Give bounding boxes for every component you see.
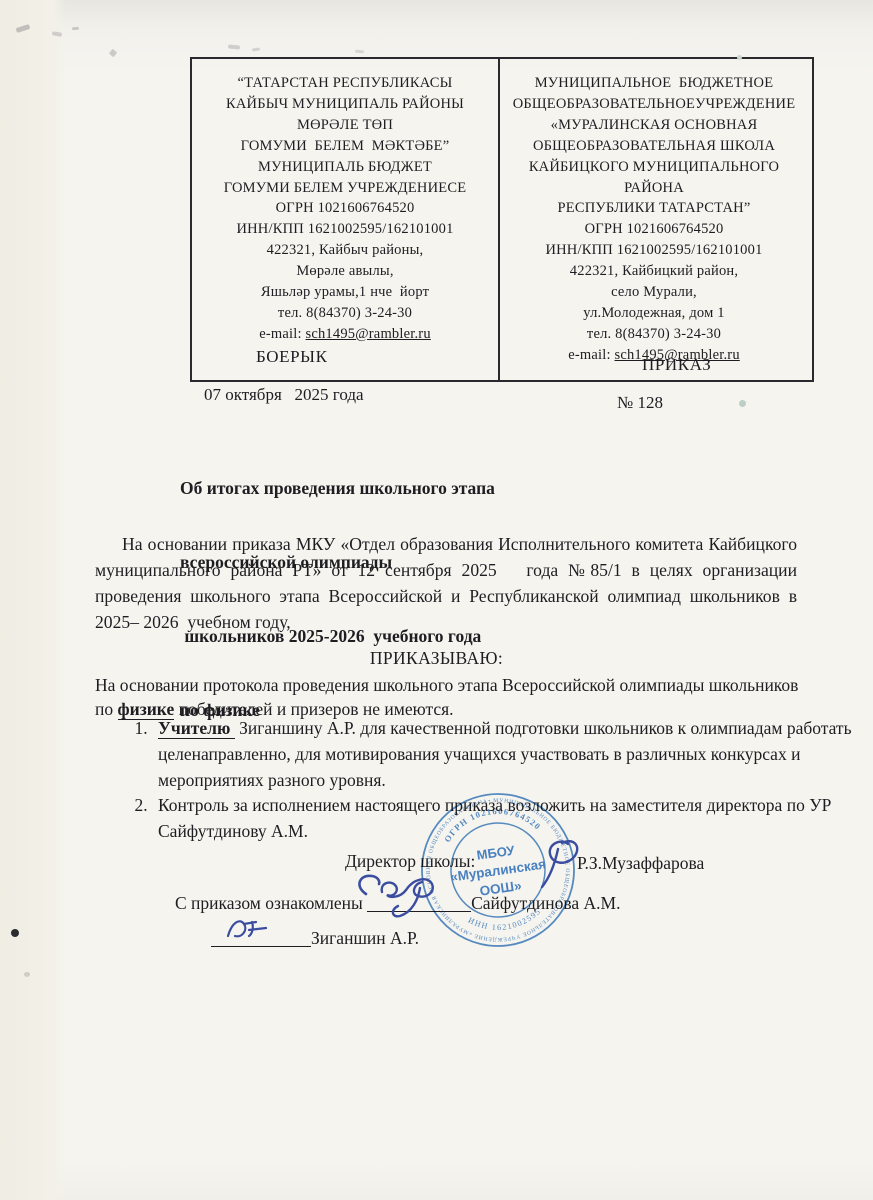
email-label: e-mail: [259,326,305,342]
item1-text: Зиганшину А.Р. для качественной подготов… [158,718,856,790]
letterhead-russian: МУНИЦИПАЛЬНОЕ БЮДЖЕТНОЕ ОБЩЕОБРАЗОВАТЕЛЬ… [500,59,808,380]
org-line: РЕСПУБЛИКИ ТАТАРСТАН” [506,198,802,219]
scan-artifact [355,50,364,54]
org-ogrn: ОГРН 1021606764520 [506,219,802,240]
stamp-center-line1: МБОУ [476,842,517,862]
org-address: ул.Молодежная, дом 1 [506,303,802,324]
scanner-edge-shadow [0,0,66,1200]
order-item-1: Учителю Зиганшину А.Р. для качественной … [152,716,864,793]
preamble-paragraph: На основании приказа МКУ «Отдел образова… [95,531,797,635]
scan-speck [737,55,742,60]
org-line: КАЙБЫЧ МУНИЦИПАЛЬ РАЙОНЫ [198,94,492,115]
resolve-intro: На основании протокола проведения школьн… [95,674,803,721]
stamp-center-line3: ООШ» [479,878,523,899]
resolve-heading: ПРИКАЗЫВАЮ: [0,648,873,669]
subject-line: Об итогах проведения школьного этапа [180,476,495,501]
director-name-text: Р.З.Музаффарова [577,853,704,873]
org-address: Мөрәле авылы, [198,261,492,282]
item1-keyword: Учителю [158,718,235,739]
org-line: «МУРАЛИНСКАЯ ОСНОВНАЯ [506,115,802,136]
scan-artifact [109,49,117,57]
org-address: Яшьләр урамы,1 нче йорт [198,282,492,303]
scan-artifact [228,44,240,49]
order-word-russian: ПРИКАЗ [642,355,711,375]
director-name: Р.З.Музаффарова [577,853,704,874]
scan-artifact [72,27,79,31]
scanned-order-page: “ТАТАРСТАН РЕСПУБЛИКАСЫ КАЙБЫЧ МУНИЦИПАЛ… [0,0,873,1200]
org-line: ГОМУМИ БЕЛЕМ УЧРЕЖДЕНИЕСЕ [198,178,492,199]
org-line: МУНИЦИПАЛЬНОЕ БЮДЖЕТНОЕ [506,73,802,94]
letterhead-tatar: “ТАТАРСТАН РЕСПУБЛИКАСЫ КАЙБЫЧ МУНИЦИПАЛ… [192,59,500,380]
director-signature [528,833,586,893]
email-label: e-mail: [568,347,614,363]
org-line: ГОМУМИ БЕЛЕМ МӘКТӘБЕ” [198,136,492,157]
org-line: МУНИЦИПАЛЬ БЮДЖЕТ [198,157,492,178]
email-address: sch1495@rambler.ru [306,326,431,342]
order-date: 07 октября 2025 года [204,385,364,405]
ink-dot-artifact [11,929,19,937]
scan-speck [739,400,746,407]
org-address: село Мурали, [506,282,802,303]
org-email-line: e-mail: sch1495@rambler.ru [198,324,492,345]
org-ogrn: ОГРН 1021606764520 [198,198,492,219]
order-number: № 128 [617,393,663,413]
scan-speck [24,972,30,977]
scan-artifact [252,47,260,51]
org-line: КАЙБИЦКОГО МУНИЦИПАЛЬНОГО РАЙОНА [506,157,802,199]
org-address: 422321, Кайбицкий район, [506,261,802,282]
order-word-tatar: БОЕРЫК [256,347,328,367]
org-inn-kpp: ИНН/КПП 1621002595/162101001 [198,219,492,240]
ziganshin-signature [222,912,292,946]
org-address: 422321, Кайбыч районы, [198,240,492,261]
org-line: МӨРӘЛЕ ТӨП [198,115,492,136]
org-line: ОБЩЕОБРАЗОВАТЕЛЬНАЯ ШКОЛА [506,136,802,157]
org-line: “ТАТАРСТАН РЕСПУБЛИКАСЫ [198,73,492,94]
org-line: ОБЩЕОБРАЗОВАТЕЛЬНОЕУЧРЕЖДЕНИЕ [506,94,802,115]
acknowledged-label: С приказом ознакомлены [175,893,367,913]
org-phone: тел. 8(84370) 3-24-30 [198,303,492,324]
org-inn-kpp: ИНН/КПП 1621002595/162101001 [506,240,802,261]
acknowledged-name-2: Зиганшин А.Р. [311,928,419,948]
letterhead-table: “ТАТАРСТАН РЕСПУБЛИКАСЫ КАЙБЫЧ МУНИЦИПАЛ… [190,57,814,382]
org-phone: тел. 8(84370) 3-24-30 [506,324,802,345]
sayfutdinova-signature [342,868,462,920]
